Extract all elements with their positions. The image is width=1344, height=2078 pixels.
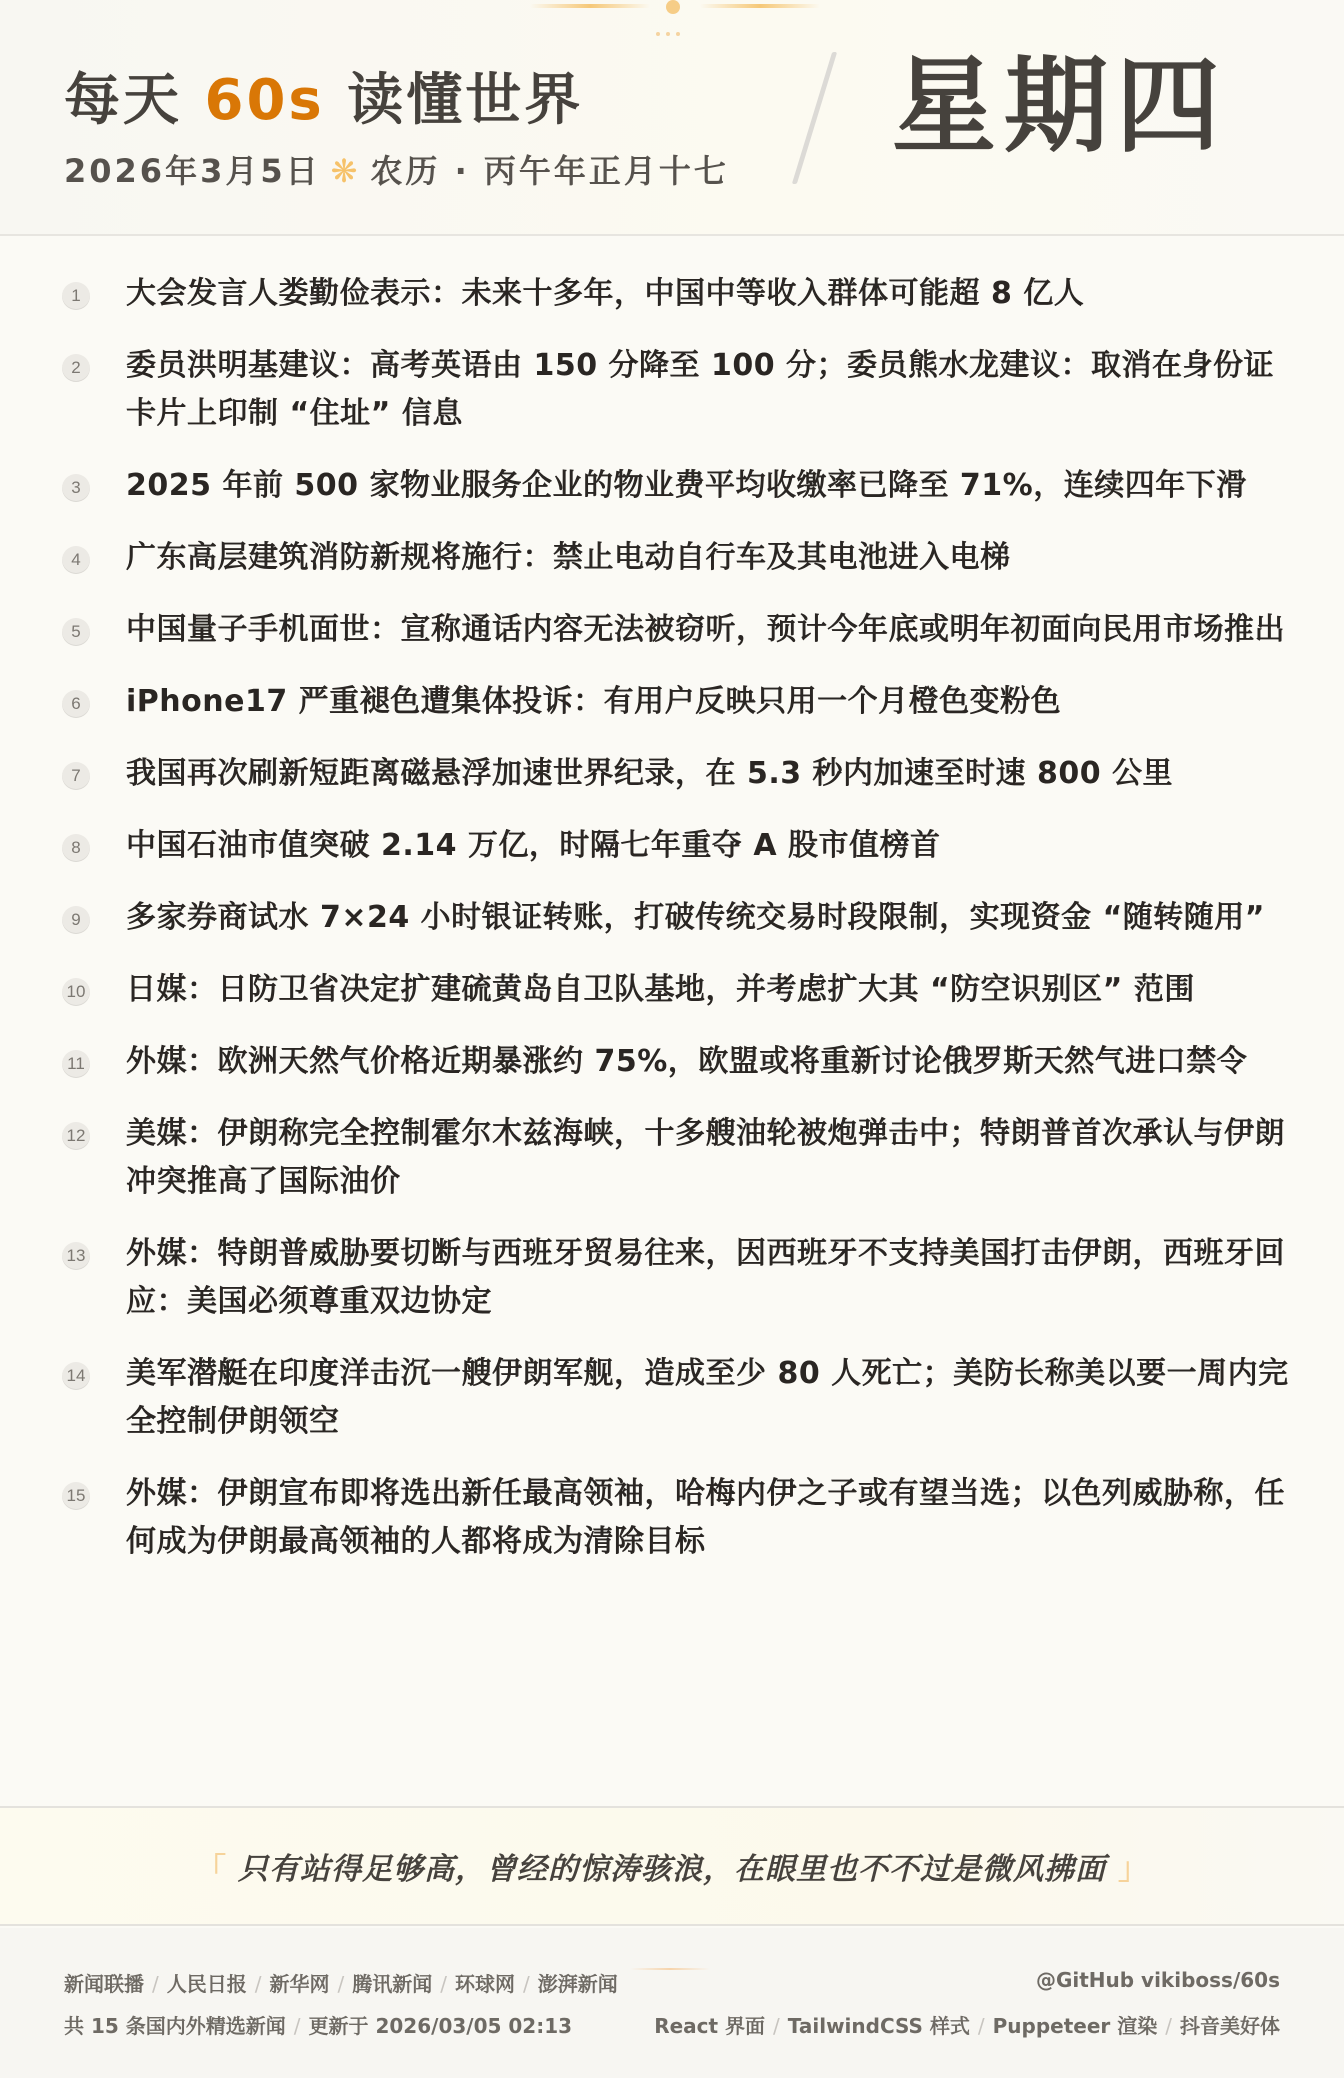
- news-item: 2委员洪明基建议：高考英语由 150 分降至 100 分；委员熊水龙建议：取消在…: [62, 342, 1292, 438]
- lunar-date: 农历 · 丙午年正月十七: [370, 152, 728, 190]
- quote-close-bracket-icon: 」: [1118, 1844, 1148, 1888]
- news-count: 共 15 条国内外精选新闻: [64, 2014, 286, 2038]
- news-item: 9多家券商试水 7×24 小时银证转账，打破传统交易时段限制，实现资金 “随转随…: [62, 894, 1292, 942]
- number-badge: 13: [62, 1242, 90, 1270]
- separator: /: [978, 2014, 985, 2038]
- solar-date: 2026年3月5日: [64, 152, 321, 190]
- footer-meta: 共 15 条国内外精选新闻/更新于 2026/03/05 02:13: [64, 2010, 572, 2039]
- footer-deco-line: [630, 1968, 710, 1970]
- title-accent: 60s: [205, 68, 325, 133]
- title-prefix: 每天: [64, 68, 182, 133]
- news-item: 7我国再次刷新短距离磁悬浮加速世界纪录，在 5.3 秒内加速至时速 800 公里: [62, 750, 1292, 798]
- news-text: 外媒：欧洲天然气价格近期暴涨约 75%，欧盟或将重新讨论俄罗斯天然气进口禁令: [126, 1038, 1292, 1086]
- news-item: 32025 年前 500 家物业服务企业的物业费平均收缴率已降至 71%，连续四…: [62, 462, 1292, 510]
- news-item: 5中国量子手机面世：宣称通话内容无法被窃听，预计今年底或明年初面向民用市场推出: [62, 606, 1292, 654]
- news-text: 广东高层建筑消防新规将施行：禁止电动自行车及其电池进入电梯: [126, 534, 1292, 582]
- source-name: 澎湃新闻: [538, 1972, 618, 1996]
- updated-time: 更新于 2026/03/05 02:13: [309, 2014, 573, 2038]
- deco-line-right: [700, 4, 820, 8]
- github-credit: @GitHub vikiboss/60s: [1036, 1968, 1280, 1992]
- date-line: 2026年3月5日❋农历 · 丙午年正月十七: [64, 146, 729, 192]
- source-name: 腾讯新闻: [352, 1972, 432, 1996]
- tech-item: Puppeteer 渲染: [993, 2014, 1158, 2038]
- number-badge: 7: [62, 762, 90, 790]
- number-badge: 9: [62, 906, 90, 934]
- news-text: 中国量子手机面世：宣称通话内容无法被窃听，预计今年底或明年初面向民用市场推出: [126, 606, 1292, 654]
- news-text: 委员洪明基建议：高考英语由 150 分降至 100 分；委员熊水龙建议：取消在身…: [126, 342, 1292, 438]
- news-item: 6iPhone17 严重褪色遭集体投诉：有用户反映只用一个月橙色变粉色: [62, 678, 1292, 726]
- tech-item: TailwindCSS 样式: [788, 2014, 970, 2038]
- news-item: 12美媒：伊朗称完全控制霍尔木兹海峡，十多艘油轮被炮弹击中；特朗普首次承认与伊朗…: [62, 1110, 1292, 1206]
- tech-item: 抖音美好体: [1180, 2014, 1280, 2038]
- news-text: 2025 年前 500 家物业服务企业的物业费平均收缴率已降至 71%，连续四年…: [126, 462, 1292, 510]
- separator: /: [773, 2014, 780, 2038]
- number-badge: 11: [62, 1050, 90, 1078]
- news-text: 外媒：伊朗宣布即将选出新任最高领袖，哈梅内伊之子或有望当选；以色列威胁称，任何成…: [126, 1470, 1292, 1566]
- news-text: 外媒：特朗普威胁要切断与西班牙贸易往来，因西班牙不支持美国打击伊朗，西班牙回应：…: [126, 1230, 1292, 1326]
- news-item: 1大会发言人娄勤俭表示：未来十多年，中国中等收入群体可能超 8 亿人: [62, 270, 1292, 318]
- number-badge: 1: [62, 282, 90, 310]
- news-text: 中国石油市值突破 2.14 万亿，时隔七年重夺 A 股市值榜首: [126, 822, 1292, 870]
- source-name: 环球网: [455, 1972, 515, 1996]
- source-name: 新闻联播: [64, 1972, 144, 1996]
- news-item: 15外媒：伊朗宣布即将选出新任最高领袖，哈梅内伊之子或有望当选；以色列威胁称，任…: [62, 1470, 1292, 1566]
- footer-tech-stack: React 界面/TailwindCSS 样式/Puppeteer 渲染/抖音美…: [654, 2010, 1280, 2039]
- news-item: 8中国石油市值突破 2.14 万亿，时隔七年重夺 A 股市值榜首: [62, 822, 1292, 870]
- quote-open-bracket-icon: 「: [196, 1844, 226, 1888]
- separator: /: [440, 1972, 447, 1996]
- news-text: 大会发言人娄勤俭表示：未来十多年，中国中等收入群体可能超 8 亿人: [126, 270, 1292, 318]
- news-list: 1大会发言人娄勤俭表示：未来十多年，中国中等收入群体可能超 8 亿人2委员洪明基…: [62, 270, 1292, 1590]
- number-badge: 8: [62, 834, 90, 862]
- number-badge: 6: [62, 690, 90, 718]
- news-text: 日媒：日防卫省决定扩建硫黄岛自卫队基地，并考虑扩大其 “防空识别区” 范围: [126, 966, 1292, 1014]
- quote-banner: 「 只有站得足够高，曾经的惊涛骇浪，在眼里也不不过是微风拂面 」: [0, 1806, 1344, 1926]
- footer: 新闻联播/人民日报/新华网/腾讯新闻/环球网/澎湃新闻 @GitHub viki…: [0, 1928, 1344, 2078]
- source-name: 新华网: [270, 1972, 330, 1996]
- news-item: 10日媒：日防卫省决定扩建硫黄岛自卫队基地，并考虑扩大其 “防空识别区” 范围: [62, 966, 1292, 1014]
- separator: /: [1165, 2014, 1172, 2038]
- top-decoration: [0, 0, 1344, 50]
- news-item: 13外媒：特朗普威胁要切断与西班牙贸易往来，因西班牙不支持美国打击伊朗，西班牙回…: [62, 1230, 1292, 1326]
- deco-dot-icon: [666, 0, 680, 14]
- footer-sources: 新闻联播/人民日报/新华网/腾讯新闻/环球网/澎湃新闻: [64, 1968, 618, 1997]
- number-badge: 10: [62, 978, 90, 1006]
- news-text: 美军潜艇在印度洋击沉一艘伊朗军舰，造成至少 80 人死亡；美防长称美以要一周内完…: [126, 1350, 1292, 1446]
- separator: /: [294, 2014, 301, 2038]
- separator: /: [523, 1972, 530, 1996]
- page-title: 每天 60s 读懂世界: [64, 56, 583, 136]
- separator: /: [152, 1972, 159, 1996]
- number-badge: 3: [62, 474, 90, 502]
- star-icon: ❋: [331, 152, 361, 190]
- number-badge: 4: [62, 546, 90, 574]
- separator: /: [255, 1972, 262, 1996]
- news-text: 多家券商试水 7×24 小时银证转账，打破传统交易时段限制，实现资金 “随转随用…: [126, 894, 1292, 942]
- separator: /: [338, 1972, 345, 1996]
- news-text: 美媒：伊朗称完全控制霍尔木兹海峡，十多艘油轮被炮弹击中；特朗普首次承认与伊朗冲突…: [126, 1110, 1292, 1206]
- source-name: 人民日报: [167, 1972, 247, 1996]
- news-item: 14美军潜艇在印度洋击沉一艘伊朗军舰，造成至少 80 人死亡；美防长称美以要一周…: [62, 1350, 1292, 1446]
- number-badge: 2: [62, 354, 90, 382]
- news-item: 11外媒：欧洲天然气价格近期暴涨约 75%，欧盟或将重新讨论俄罗斯天然气进口禁令: [62, 1038, 1292, 1086]
- quote-text: 只有站得足够高，曾经的惊涛骇浪，在眼里也不不过是微风拂面: [238, 1844, 1106, 1888]
- number-badge: 5: [62, 618, 90, 646]
- news-text: 我国再次刷新短距离磁悬浮加速世界纪录，在 5.3 秒内加速至时速 800 公里: [126, 750, 1292, 798]
- slash-divider: [792, 52, 837, 184]
- weekday: 星期四: [892, 44, 1228, 169]
- number-badge: 12: [62, 1122, 90, 1150]
- news-text: iPhone17 严重褪色遭集体投诉：有用户反映只用一个月橙色变粉色: [126, 678, 1292, 726]
- deco-line-left: [530, 4, 650, 8]
- number-badge: 14: [62, 1362, 90, 1390]
- title-suffix: 读懂世界: [347, 68, 583, 133]
- deco-dots-icon: [656, 32, 680, 36]
- tech-item: React 界面: [654, 2014, 765, 2038]
- news-item: 4广东高层建筑消防新规将施行：禁止电动自行车及其电池进入电梯: [62, 534, 1292, 582]
- number-badge: 15: [62, 1482, 90, 1510]
